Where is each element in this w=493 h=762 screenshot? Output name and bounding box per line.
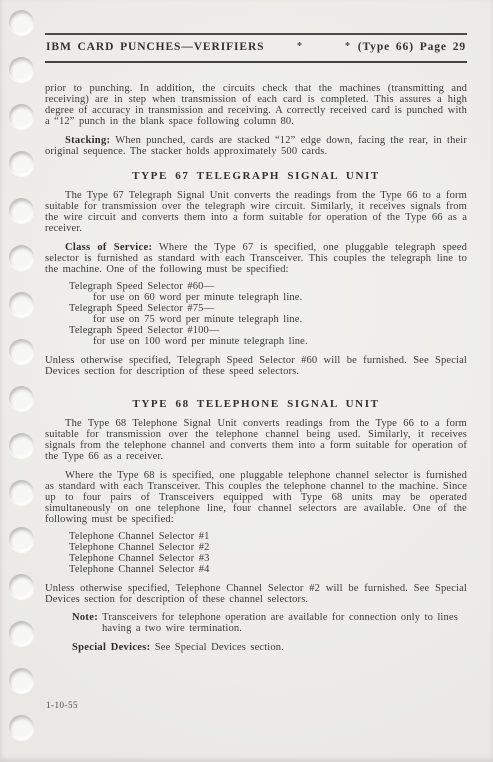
binder-hole — [9, 245, 34, 270]
paragraph-continuation: prior to punching. In addition, the circ… — [45, 83, 467, 127]
binder-hole — [9, 574, 34, 599]
special-devices-text: See Special Devices section. — [150, 642, 284, 653]
paragraph-type68-channels: Where the Type 68 is specified, one plug… — [45, 470, 467, 525]
list-item-desc: for use on 60 word per minute telegraph … — [93, 292, 467, 303]
list-item: Telephone Channel Selector #1 — [69, 531, 467, 542]
header-title: IBM CARD PUNCHES—VERIFIERS — [46, 42, 264, 53]
binder-hole-rail — [0, 0, 45, 762]
page-header: IBM CARD PUNCHES—VERIFIERS * * (Type 66)… — [45, 33, 467, 63]
class-of-service-label: Class of Service: — [65, 242, 152, 253]
binder-hole — [9, 292, 34, 317]
asterisk-mark: * — [345, 41, 351, 52]
paragraph-class-of-service: Class of Service: Where the Type 67 is s… — [45, 242, 467, 275]
binder-hole — [9, 386, 34, 411]
list-item: Telephone Channel Selector #2 — [69, 542, 467, 553]
telegraph-selector-list: Telegraph Speed Selector #60— for use on… — [45, 281, 467, 347]
list-item: Telephone Channel Selector #3 — [69, 553, 467, 564]
list-item: Telegraph Speed Selector #75— — [69, 303, 467, 314]
header-page-ref: (Type 66) Page 29 — [358, 42, 466, 53]
paragraph-special-devices: Special Devices: See Special Devices sec… — [72, 642, 467, 653]
binder-hole — [9, 57, 34, 82]
list-item: Telegraph Speed Selector #100— — [69, 325, 467, 336]
manual-page: IBM CARD PUNCHES—VERIFIERS * * (Type 66)… — [0, 0, 493, 762]
paragraph-telegraph-default: Unless otherwise specified, Telegraph Sp… — [45, 355, 467, 377]
paragraph-type68-intro: The Type 68 Telephone Signal Unit conver… — [45, 418, 467, 462]
binder-hole — [9, 668, 34, 693]
binder-hole — [9, 151, 34, 176]
list-item-desc: for use on 75 word per minute telegraph … — [93, 314, 467, 325]
telephone-selector-list: Telephone Channel Selector #1 Telephone … — [45, 531, 467, 575]
binder-hole — [9, 104, 34, 129]
binder-hole — [9, 10, 34, 35]
binder-hole — [9, 198, 34, 223]
binder-hole — [9, 527, 34, 552]
binder-hole — [9, 621, 34, 646]
special-devices-label: Special Devices: — [72, 642, 150, 653]
paragraph-telephone-default: Unless otherwise specified, Telephone Ch… — [45, 583, 467, 605]
binder-hole — [9, 480, 34, 505]
paragraph-note: Note: Transceivers for telephone operati… — [72, 612, 467, 634]
binder-hole — [9, 715, 34, 740]
list-item: Telegraph Speed Selector #60— — [69, 281, 467, 292]
note-label: Note: — [72, 612, 98, 623]
paragraph-type67-intro: The Type 67 Telegraph Signal Unit conver… — [45, 190, 467, 234]
list-item: Telephone Channel Selector #4 — [69, 564, 467, 575]
date-code: 1-10-55 — [46, 700, 78, 711]
binder-hole — [9, 339, 34, 364]
page-content: IBM CARD PUNCHES—VERIFIERS * * (Type 66)… — [45, 0, 467, 653]
note-text: Transceivers for telephone operation are… — [98, 612, 458, 634]
paragraph-stacking: Stacking: When punched, cards are stacke… — [45, 135, 467, 157]
section-heading-type68: TYPE 68 TELEPHONE SIGNAL UNIT — [45, 399, 467, 410]
section-heading-type67: TYPE 67 TELEGRAPH SIGNAL UNIT — [45, 171, 467, 182]
stacking-label: Stacking: — [65, 135, 110, 146]
list-item-desc: for use on 100 word per minute telegraph… — [93, 336, 467, 347]
asterisk-mark: * — [297, 41, 303, 52]
binder-hole — [9, 433, 34, 458]
